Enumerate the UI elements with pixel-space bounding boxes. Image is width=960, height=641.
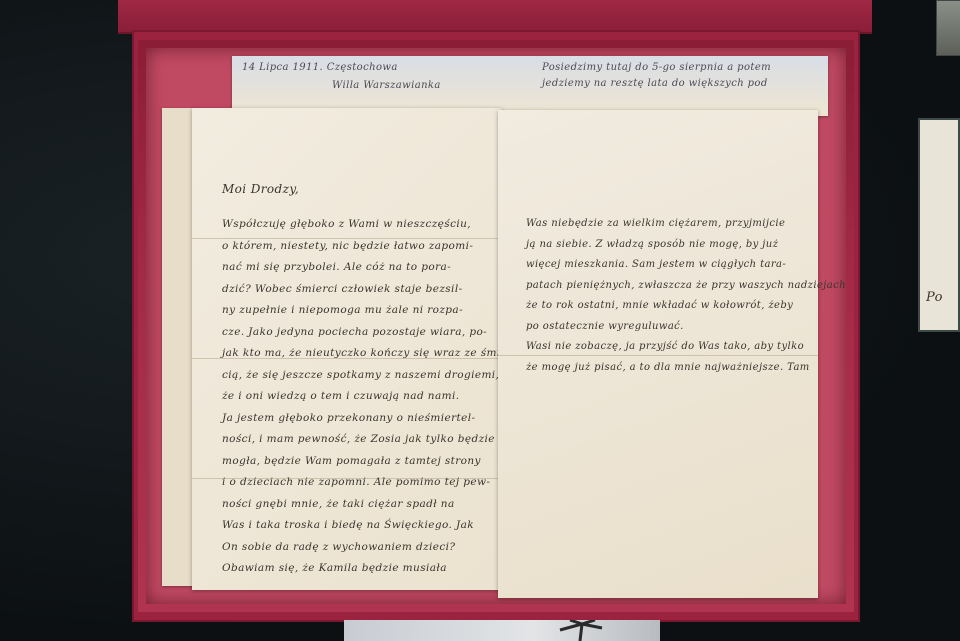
top-right-line-2: jedziemy na resztę lata do większych pod: [542, 78, 768, 89]
handwritten-line: ności gnębi mnie, że taki ciężar spadł n…: [222, 498, 455, 510]
top-right-line-1: Posiedzimy tutaj do 5-go sierpnia a pote…: [542, 62, 771, 73]
handwritten-line: po ostatecznie wyreguluwać.: [526, 321, 684, 332]
handwritten-line: Ja jestem głęboko przekonany o nieśmiert…: [222, 412, 476, 424]
letter-page-left: Moi Drodzy, Współczuję głęboko z Wami w …: [192, 108, 502, 590]
handwritten-line: mogła, będzie Wam pomagała z tamtej stro…: [222, 455, 481, 467]
handwritten-line: dzić? Wobec śmierci człowiek staje bezsi…: [222, 283, 463, 295]
top-sheet: 14 Lipca 1911. Częstochowa Willa Warszaw…: [232, 56, 828, 116]
handwritten-line: patach pieniężnych, zwłaszcza że przy wa…: [526, 280, 846, 291]
handwritten-line: Was niebędzie za wielkim ciężarem, przyj…: [526, 218, 785, 229]
handwritten-line: jak kto ma, że nieutyczko kończy się wra…: [222, 347, 517, 359]
side-card-text: Po: [926, 290, 943, 305]
handwritten-line: i o dzieciach nie zapomni. Ale pomimo te…: [222, 476, 490, 488]
handwritten-line: nać mi się przybolei. Ale cóż na to pora…: [222, 261, 451, 273]
handwritten-line: ją na siebie. Z władzą sposób nie mogę, …: [526, 239, 778, 250]
handwritten-line: ny zupełnie i niepomoga mu żale ni rozpa…: [222, 304, 463, 316]
box-lid: [118, 0, 872, 34]
handwritten-line: ności, i mam pewność, że Zosia jak tylko…: [222, 433, 495, 445]
handwritten-line: że to rok ostatni, mnie wkładać w kołowr…: [526, 300, 793, 311]
side-display-object: [936, 0, 960, 56]
handwritten-line: Współczuję głęboko z Wami w nieszczęściu…: [222, 218, 471, 230]
handwritten-line: Was i taka troska i biedę na Święckiego.…: [222, 519, 474, 531]
side-display-card: Po: [918, 118, 960, 332]
handwritten-line: cze. Jako jedyna pociecha pozostaje wiar…: [222, 326, 487, 338]
letter-salutation: Moi Drodzy,: [222, 182, 299, 196]
handwritten-line: o którem, niestety, nic będzie łatwo zap…: [222, 240, 473, 252]
handwritten-line: On sobie da radę z wychowaniem dzieci?: [222, 541, 455, 553]
palm-tree-icon: [540, 620, 620, 641]
handwritten-line: Wasi nie zobaczę, ja przyjść do Was tako…: [526, 341, 804, 352]
handwritten-line: Obawiam się, że Kamila będzie musiała: [222, 562, 447, 574]
letter-page-right: Was niebędzie za wielkim ciężarem, przyj…: [498, 110, 818, 598]
handwritten-line: że mogę już pisać, a to dla mnie najważn…: [526, 362, 810, 373]
handwritten-line: cią, że się jeszcze spotkamy z naszemi d…: [222, 369, 499, 381]
letter-villa: Willa Warszawianka: [332, 80, 441, 91]
letter-date-place: 14 Lipca 1911. Częstochowa: [242, 62, 398, 73]
handwritten-line: więcej mieszkania. Sam jestem w ciągłych…: [526, 259, 786, 270]
handwritten-line: że i oni wiedzą o tem i czuwają nad nami…: [222, 390, 459, 402]
